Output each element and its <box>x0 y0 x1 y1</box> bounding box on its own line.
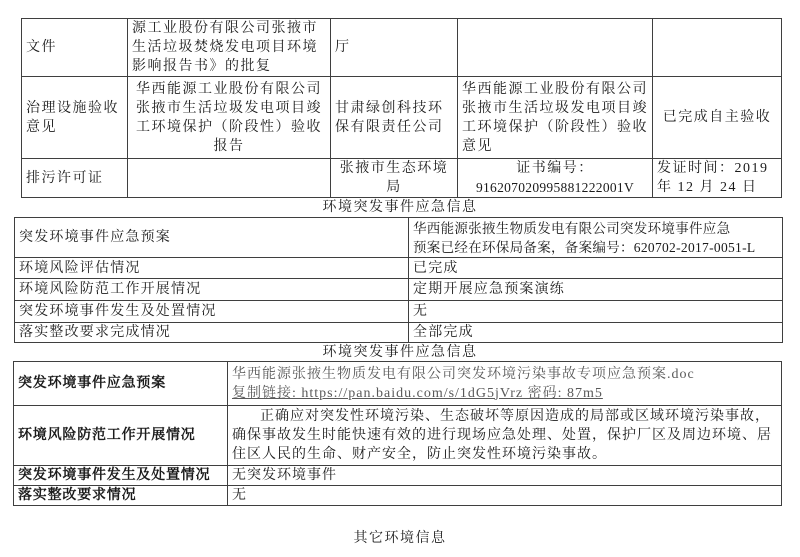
detail-plan-label: 突发环境事件应急预案 <box>14 362 228 406</box>
document-authority-cell: 厅 <box>331 19 458 77</box>
detail-rectification-label: 落实整改要求情况 <box>14 486 228 506</box>
table-row: 突发环境事件发生及处置情况 无 <box>15 301 783 323</box>
detail-incident-value: 无突发环境事件 <box>228 466 782 486</box>
table-row: 落实整改要求完成情况 全部完成 <box>15 323 783 343</box>
table-row: 突发环境事件发生及处置情况 无突发环境事件 <box>14 466 782 486</box>
emergency-detail-table: 突发环境事件应急预案 华西能源张掖生物质发电有限公司突发环境污染事故专项应急预案… <box>13 361 782 506</box>
detail-prevention-value: 正确应对突发性环境污染、生态破坏等原因造成的局部或区域环境污染事故，确保事故发生… <box>228 406 782 466</box>
emergency-plan-value-line1: 华西能源张掖生物质发电有限公司突发环境事件应急 <box>413 219 778 238</box>
risk-prevention-value: 定期开展应急预案演练 <box>409 279 783 301</box>
facility-acceptance-label: 治理设施验收意见 <box>22 77 128 159</box>
acceptance-opinion-cell: 华西能源工业股份有限公司张掖市生活垃圾发电项目竣工环境保护（阶段性）验收意见 <box>458 77 653 159</box>
table-row: 环境风险防范工作开展情况 正确应对突发性环境污染、生态破坏等原因造成的局部或区域… <box>14 406 782 466</box>
table-row: 排污许可证 张掖市生态环境局 证书编号： 9162070209958812220… <box>22 159 782 198</box>
other-env-info-title: 其它环境信息 <box>0 531 800 547</box>
rectification-label: 落实整改要求完成情况 <box>15 323 409 343</box>
document-title-cell: 源工业股份有限公司张掖市生活垃圾焚烧发电项目环境影响报告书》的批复 <box>128 19 331 77</box>
permit-empty-cell <box>128 159 331 198</box>
risk-assessment-value: 已完成 <box>409 258 783 279</box>
rectification-value: 全部完成 <box>409 323 783 343</box>
detail-plan-value: 华西能源张掖生物质发电有限公司突发环境污染事故专项应急预案.doc 复制链接: … <box>228 362 782 406</box>
table-row: 突发环境事件应急预案 华西能源张掖生物质发电有限公司突发环境污染事故专项应急预案… <box>14 362 782 406</box>
emergency-plan-label: 突发环境事件应急预案 <box>15 218 409 258</box>
discharge-permit-label: 排污许可证 <box>22 159 128 198</box>
acceptance-report-cell: 华西能源工业股份有限公司张掖市生活垃圾发电项目竣工环境保护（阶段性）验收报告 <box>128 77 331 159</box>
table-row: 环境风险防范工作开展情况 定期开展应急预案演练 <box>15 279 783 301</box>
table-row: 环境风险评估情况 已完成 <box>15 258 783 279</box>
plan-doc-name: 华西能源张掖生物质发电有限公司突发环境污染事故专项应急预案.doc <box>232 365 777 384</box>
emergency-detail-title: 环境突发事件应急信息 <box>0 345 800 361</box>
detail-rectification-value: 无 <box>228 486 782 506</box>
risk-prevention-label: 环境风险防范工作开展情况 <box>15 279 409 301</box>
document-empty-cell-2 <box>653 19 782 77</box>
permit-issue-date-cell: 发证时间：2019 年 12 月 24 日 <box>653 159 782 198</box>
cert-caption: 证书编号： <box>462 159 648 178</box>
permit-cert-cell: 证书编号： 916207020995881222001V <box>458 159 653 198</box>
acceptance-status-cell: 已完成自主验收 <box>653 77 782 159</box>
acceptance-agency-cell: 甘肃绿创科技环保有限责任公司 <box>331 77 458 159</box>
document-empty-cell-1 <box>458 19 653 77</box>
environmental-disclosure-page: { "colors": { "border": "#3f3f3f", "text… <box>0 0 800 557</box>
table-row: 落实整改要求情况 无 <box>14 486 782 506</box>
emergency-summary-table: 突发环境事件应急预案 华西能源张掖生物质发电有限公司突发环境事件应急 预案已经在… <box>14 217 783 343</box>
incident-handling-label: 突发环境事件发生及处置情况 <box>15 301 409 323</box>
prevention-paragraph: 正确应对突发性环境污染、生态破坏等原因造成的局部或区域环境污染事故，确保事故发生… <box>232 407 777 464</box>
incident-handling-value: 无 <box>409 301 783 323</box>
detail-prevention-label: 环境风险防范工作开展情况 <box>14 406 228 466</box>
risk-assessment-label: 环境风险评估情况 <box>15 258 409 279</box>
table-row: 文件 源工业股份有限公司张掖市生活垃圾焚烧发电项目环境影响报告书》的批复 厅 <box>22 19 782 77</box>
detail-incident-label: 突发环境事件发生及处置情况 <box>14 466 228 486</box>
baidu-pan-link[interactable]: 复制链接: https://pan.baidu.com/s/1dG5jVrz 密… <box>232 384 777 403</box>
emergency-summary-title: 环境突发事件应急信息 <box>0 200 800 216</box>
table-row: 治理设施验收意见 华西能源工业股份有限公司张掖市生活垃圾发电项目竣工环境保护（阶… <box>22 77 782 159</box>
approval-table: 文件 源工业股份有限公司张掖市生活垃圾焚烧发电项目环境影响报告书》的批复 厅 治… <box>21 18 782 198</box>
table-row: 突发环境事件应急预案 华西能源张掖生物质发电有限公司突发环境事件应急 预案已经在… <box>15 218 783 258</box>
document-row-label: 文件 <box>22 19 128 77</box>
emergency-plan-value-line2: 预案已经在环保局备案，备案编号：620702-2017-0051-L <box>413 238 778 257</box>
cert-number: 916207020995881222001V <box>462 178 648 197</box>
permit-authority-cell: 张掖市生态环境局 <box>331 159 458 198</box>
emergency-plan-value: 华西能源张掖生物质发电有限公司突发环境事件应急 预案已经在环保局备案，备案编号：… <box>409 218 783 258</box>
